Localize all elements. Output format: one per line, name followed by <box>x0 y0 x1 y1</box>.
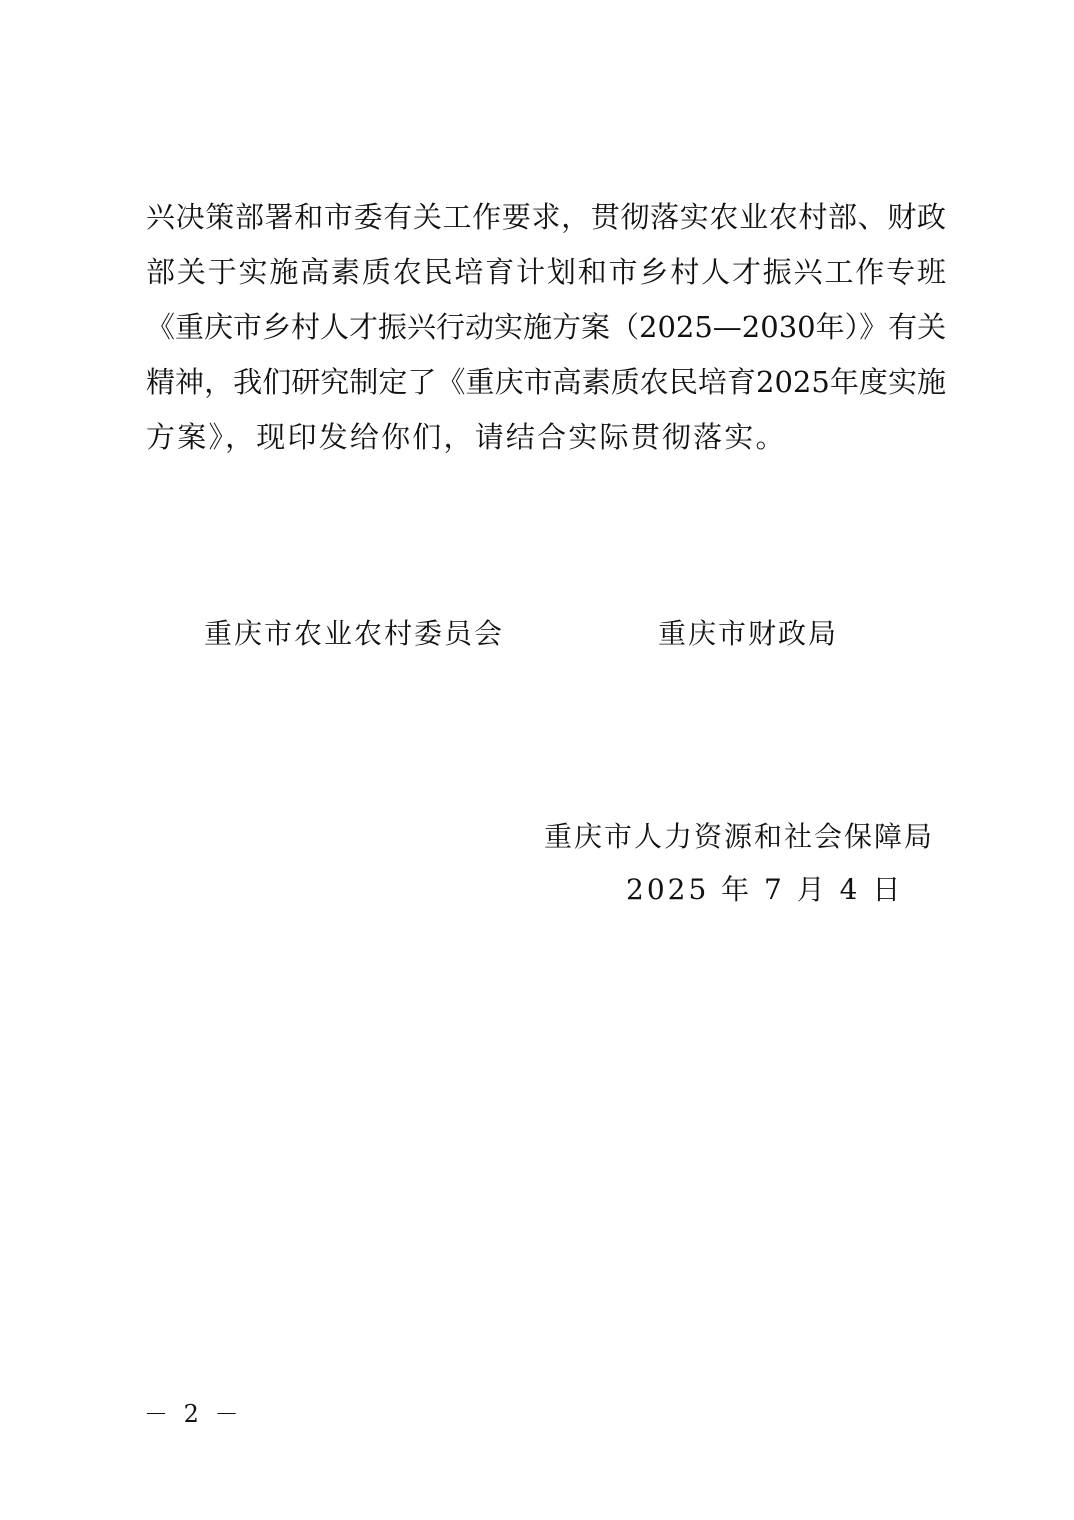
body-paragraph: 兴决策部署和市委有关工作要求，贯彻落实农业农村部、财政 部关于实施高素质农民培育… <box>146 190 946 465</box>
signature-date: 2025 年 7 月 4 日 <box>626 870 903 910</box>
body-line-2: 部关于实施高素质农民培育计划和市乡村人才振兴工作专班 <box>146 245 946 300</box>
page-number: － 2 － <box>144 1398 243 1430</box>
body-line-3: 《重庆市乡村人才振兴行动实施方案（2025—2030年）》有关 <box>146 300 946 355</box>
body-line-4: 精神，我们研究制定了《重庆市高素质农民培育2025年度实施 <box>146 355 946 410</box>
signature-agriculture-committee: 重庆市农业农村委员会 <box>204 614 504 654</box>
signature-finance-bureau: 重庆市财政局 <box>658 614 838 654</box>
body-line-5: 方案》，现印发给你们，请结合实际贯彻落实。 <box>146 410 946 465</box>
body-line-1: 兴决策部署和市委有关工作要求，贯彻落实农业农村部、财政 <box>146 190 946 245</box>
signature-hr-bureau: 重庆市人力资源和社会保障局 <box>544 817 934 857</box>
document-page: 兴决策部署和市委有关工作要求，贯彻落实农业农村部、财政 部关于实施高素质农民培育… <box>0 0 1074 1520</box>
